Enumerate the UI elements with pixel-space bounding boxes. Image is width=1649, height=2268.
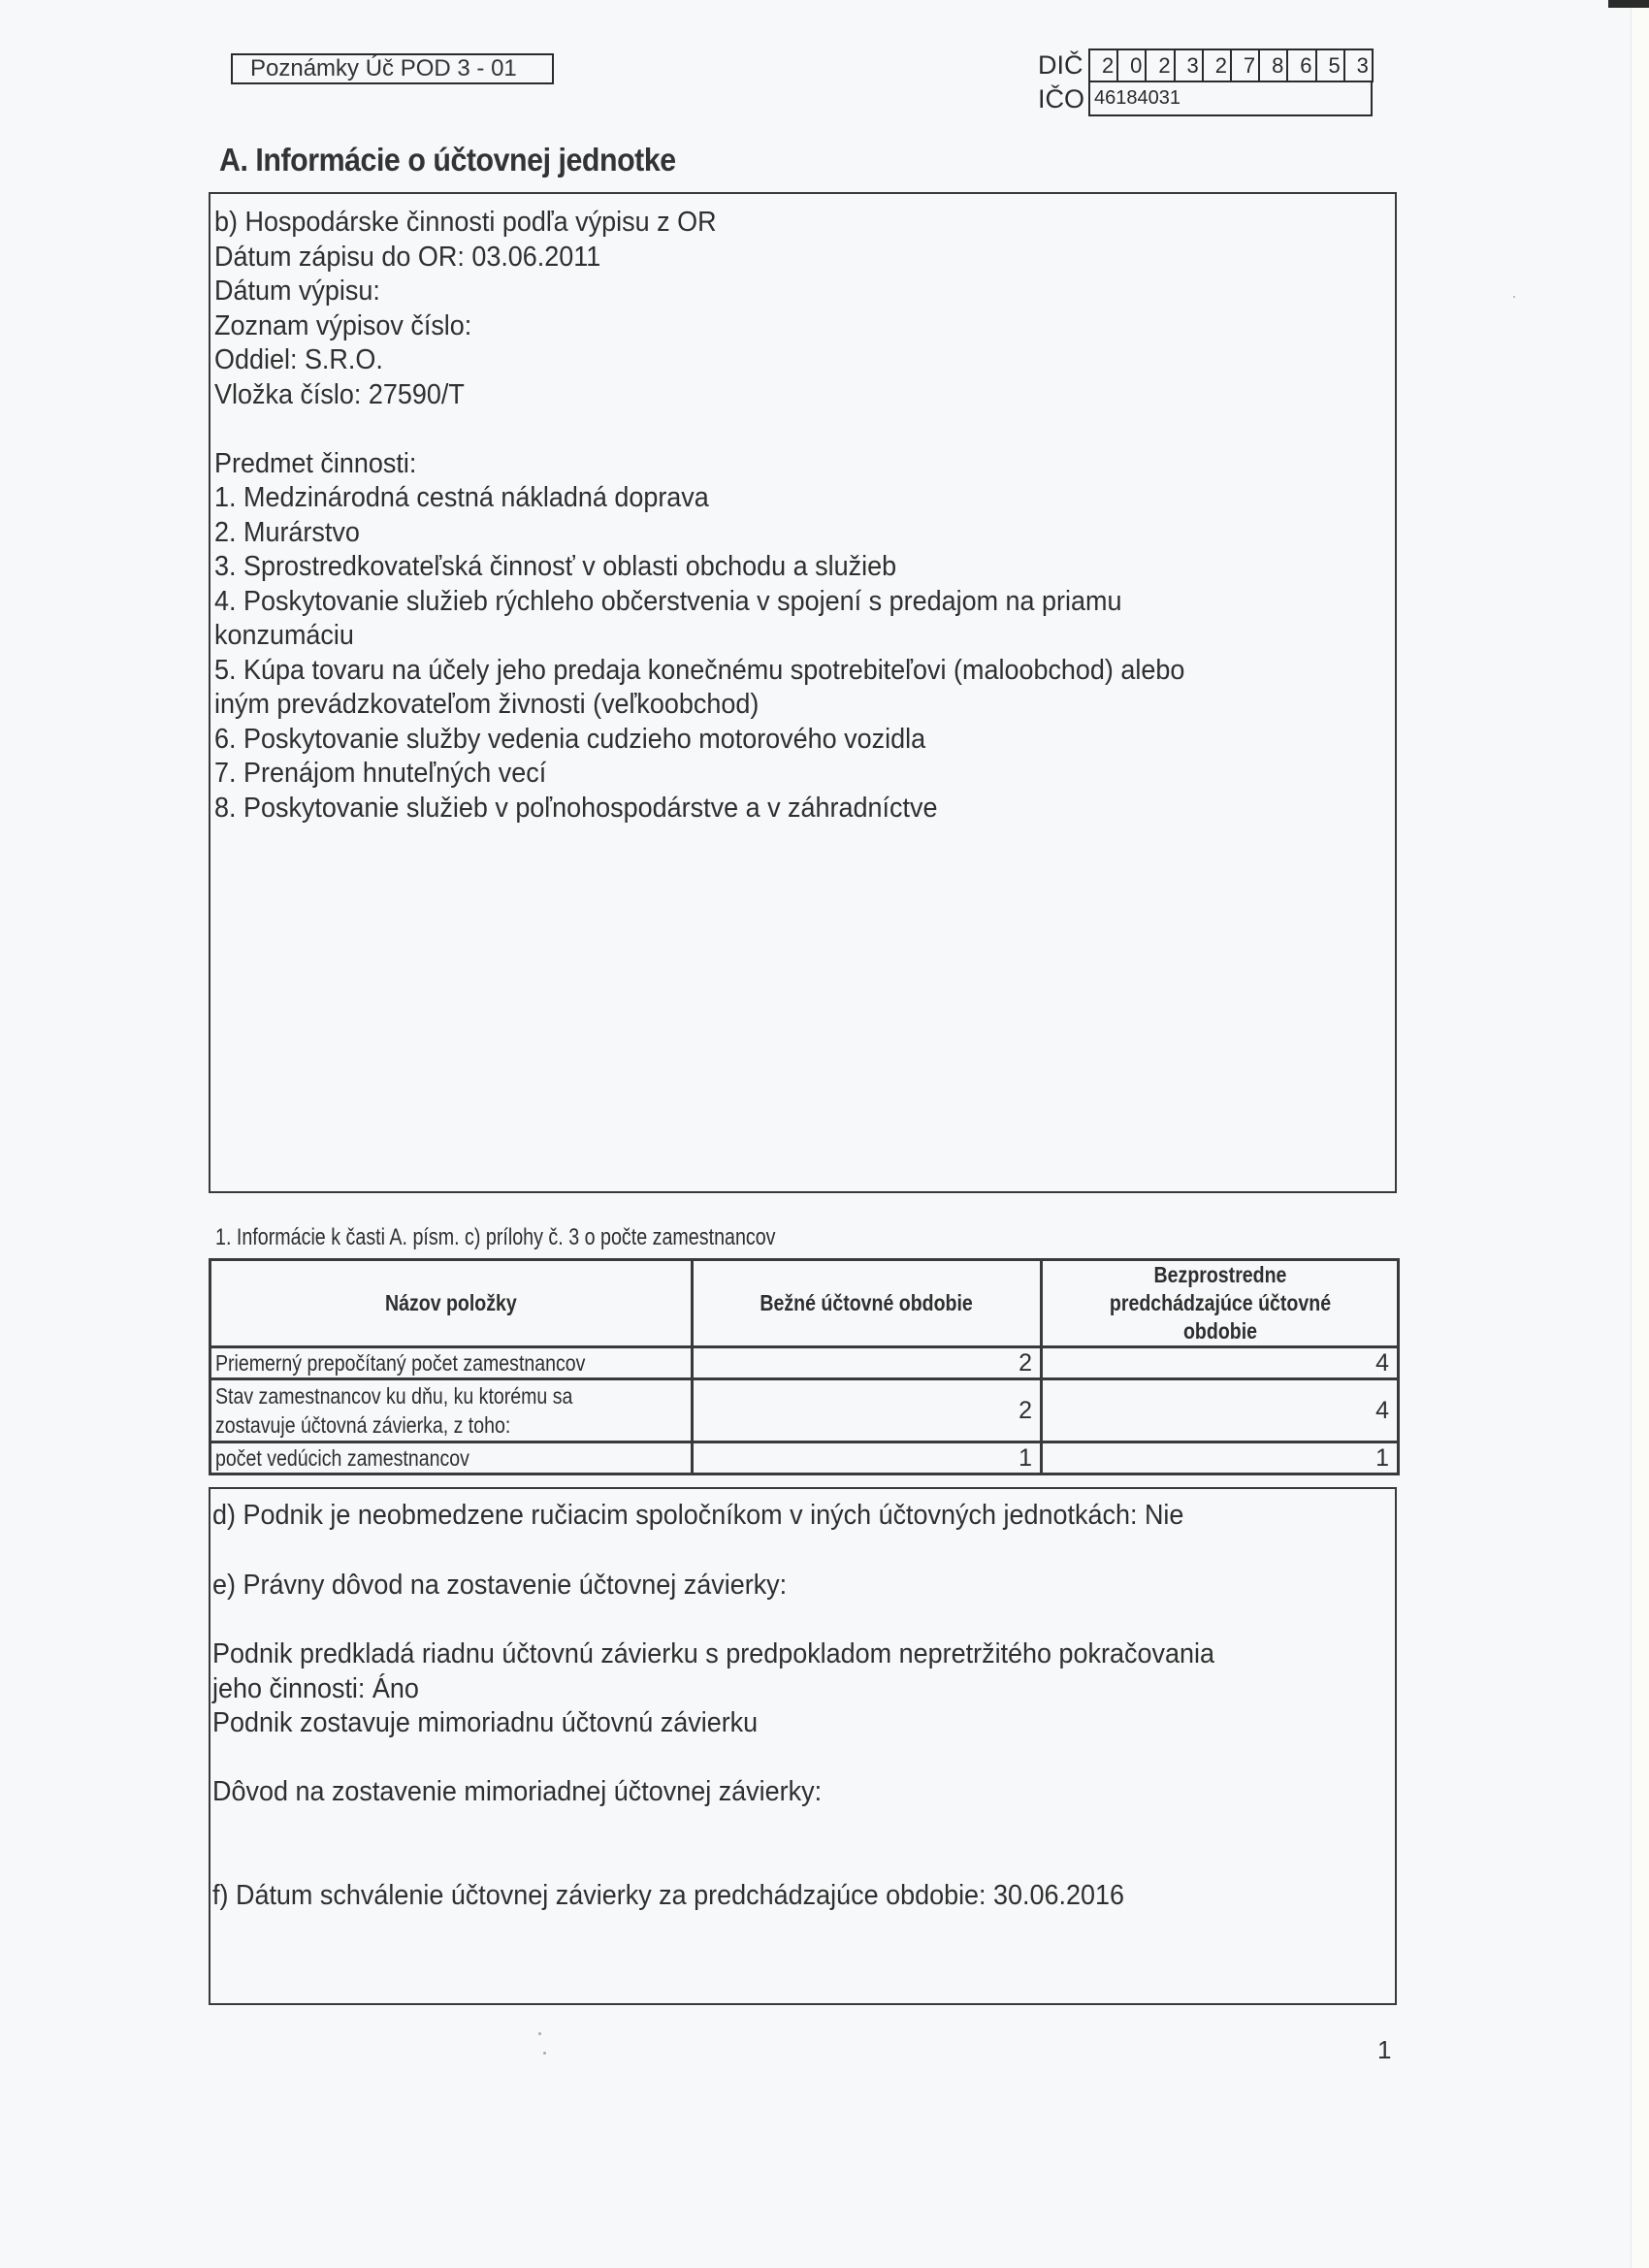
previous-period-value: 4	[1042, 1379, 1399, 1442]
activity-item-continuation: iným prevádzkovateľom živnosti (veľkoobc…	[214, 688, 1312, 723]
extraordinary-reason: Dôvod na zostavenie mimoriadnej účtovnej…	[212, 1775, 1312, 1810]
current-period-value: 1	[693, 1442, 1042, 1474]
row-label: Stav zamestnancov ku dňu, ku ktorému sa …	[210, 1379, 693, 1442]
table-row: Priemerný prepočítaný počet zamestnancov…	[210, 1347, 1399, 1379]
spacer	[212, 1810, 1395, 1845]
activities-label: Predmet činnosti:	[214, 447, 1312, 482]
scan-speck	[543, 2052, 546, 2055]
spacer	[212, 1741, 1395, 1776]
section-b-title: b) Hospodárske činnosti podľa výpisu z O…	[214, 206, 1312, 241]
section-heading: A. Informácie o účtovnej jednotke	[219, 142, 676, 178]
dic-digit: 2	[1204, 50, 1232, 81]
dic-field: 2 0 2 3 2 7 8 6 5 3	[1088, 49, 1374, 82]
scan-speck	[1513, 296, 1515, 298]
activity-item: 1. Medzinárodná cestná nákladná doprava	[214, 481, 1312, 516]
dic-row: DIČ 2 0 2 3 2 7 8 6 5 3	[1038, 49, 1374, 82]
row-label: počet vedúcich zamestnancov	[210, 1442, 693, 1474]
activity-item: 6. Poskytovanie služby vedenia cudzieho …	[214, 723, 1312, 758]
activity-item: 2. Murárstvo	[214, 516, 1312, 551]
employees-table: Názov položky Bežné účtovné obdobie Bezp…	[209, 1258, 1400, 1475]
column-header-previous-period: Bezprostredne predchádzajúce účtovné obd…	[1042, 1260, 1399, 1347]
ico-field: 46184031	[1088, 82, 1373, 116]
column-header-item-name: Názov položky	[210, 1260, 693, 1347]
extraordinary-statement: Podnik zostavuje mimoriadnu účtovnú závi…	[212, 1706, 1312, 1741]
page-number: 1	[1377, 2035, 1391, 2065]
ordinary-statement-line: Podnik predkladá riadnu účtovnú závierku…	[212, 1637, 1312, 1672]
section-f-approval-date: f) Dátum schválenie účtovnej závierky za…	[212, 1879, 1312, 1914]
row-label: Priemerný prepočítaný počet zamestnancov	[210, 1347, 693, 1379]
spacer	[212, 1534, 1395, 1569]
spacer	[212, 1844, 1395, 1879]
activity-item: 7. Prenájom hnuteľných vecí	[214, 757, 1312, 792]
ordinary-statement-line: jeho činnosti: Áno	[212, 1672, 1312, 1707]
extract-date: Dátum výpisu:	[214, 275, 1312, 309]
dic-digit: 5	[1317, 50, 1345, 81]
tax-identifiers: DIČ 2 0 2 3 2 7 8 6 5 3 IČO 46184031	[1038, 49, 1374, 116]
dic-digit: 3	[1345, 50, 1374, 81]
scan-speck	[538, 2032, 541, 2035]
employees-table-caption: 1. Informácie k časti A. písm. c) príloh…	[215, 1224, 776, 1251]
dic-digit: 3	[1176, 50, 1204, 81]
current-period-value: 2	[693, 1347, 1042, 1379]
table-row: počet vedúcich zamestnancov 1 1	[210, 1442, 1399, 1474]
activity-item-continuation: konzumáciu	[214, 619, 1312, 654]
column-header-current-period: Bežné účtovné obdobie	[693, 1260, 1042, 1347]
legal-info-box: d) Podnik je neobmedzene ručiacim spoloč…	[209, 1487, 1397, 2005]
table-header-row: Názov položky Bežné účtovné obdobie Bezp…	[210, 1260, 1399, 1347]
extract-list-number: Zoznam výpisov číslo:	[214, 309, 1312, 344]
business-activities-box: b) Hospodárske činnosti podľa výpisu z O…	[209, 192, 1397, 1193]
dic-digit: 6	[1288, 50, 1316, 81]
dic-digit: 2	[1147, 50, 1175, 81]
insert-number: Vložka číslo: 27590/T	[214, 378, 1312, 413]
scan-edge	[1631, 0, 1649, 2268]
dic-digit: 2	[1090, 50, 1118, 81]
dic-label: DIČ	[1038, 49, 1088, 82]
ico-row: IČO 46184031	[1038, 82, 1374, 116]
document-id-box: Poznámky Úč POD 3 - 01	[231, 53, 554, 84]
spacer	[212, 1603, 1395, 1637]
table-row: Stav zamestnancov ku dňu, ku ktorému sa …	[210, 1379, 1399, 1442]
spacer	[214, 412, 1395, 447]
dic-digit: 8	[1260, 50, 1288, 81]
section-e-title: e) Právny dôvod na zostavenie účtovnej z…	[212, 1569, 1312, 1604]
activity-item: 5. Kúpa tovaru na účely jeho predaja kon…	[214, 654, 1312, 689]
previous-period-value: 1	[1042, 1442, 1399, 1474]
activity-item: 8. Poskytovanie služieb v poľnohospodárs…	[214, 792, 1312, 826]
division: Oddiel: S.R.O.	[214, 343, 1312, 378]
scan-edge-mark	[1608, 0, 1649, 8]
dic-digit: 7	[1232, 50, 1260, 81]
dic-digit: 0	[1118, 50, 1147, 81]
registration-date: Dátum zápisu do OR: 03.06.2011	[214, 241, 1312, 275]
activity-item: 4. Poskytovanie služieb rýchleho občerst…	[214, 585, 1312, 620]
ico-label: IČO	[1038, 82, 1088, 116]
document-id: Poznámky Úč POD 3 - 01	[250, 55, 517, 81]
section-d-unlimited-liability: d) Podnik je neobmedzene ručiacim spoloč…	[212, 1499, 1312, 1534]
current-period-value: 2	[693, 1379, 1042, 1442]
activity-item: 3. Sprostredkovateľská činnosť v oblasti…	[214, 550, 1312, 585]
previous-period-value: 4	[1042, 1347, 1399, 1379]
